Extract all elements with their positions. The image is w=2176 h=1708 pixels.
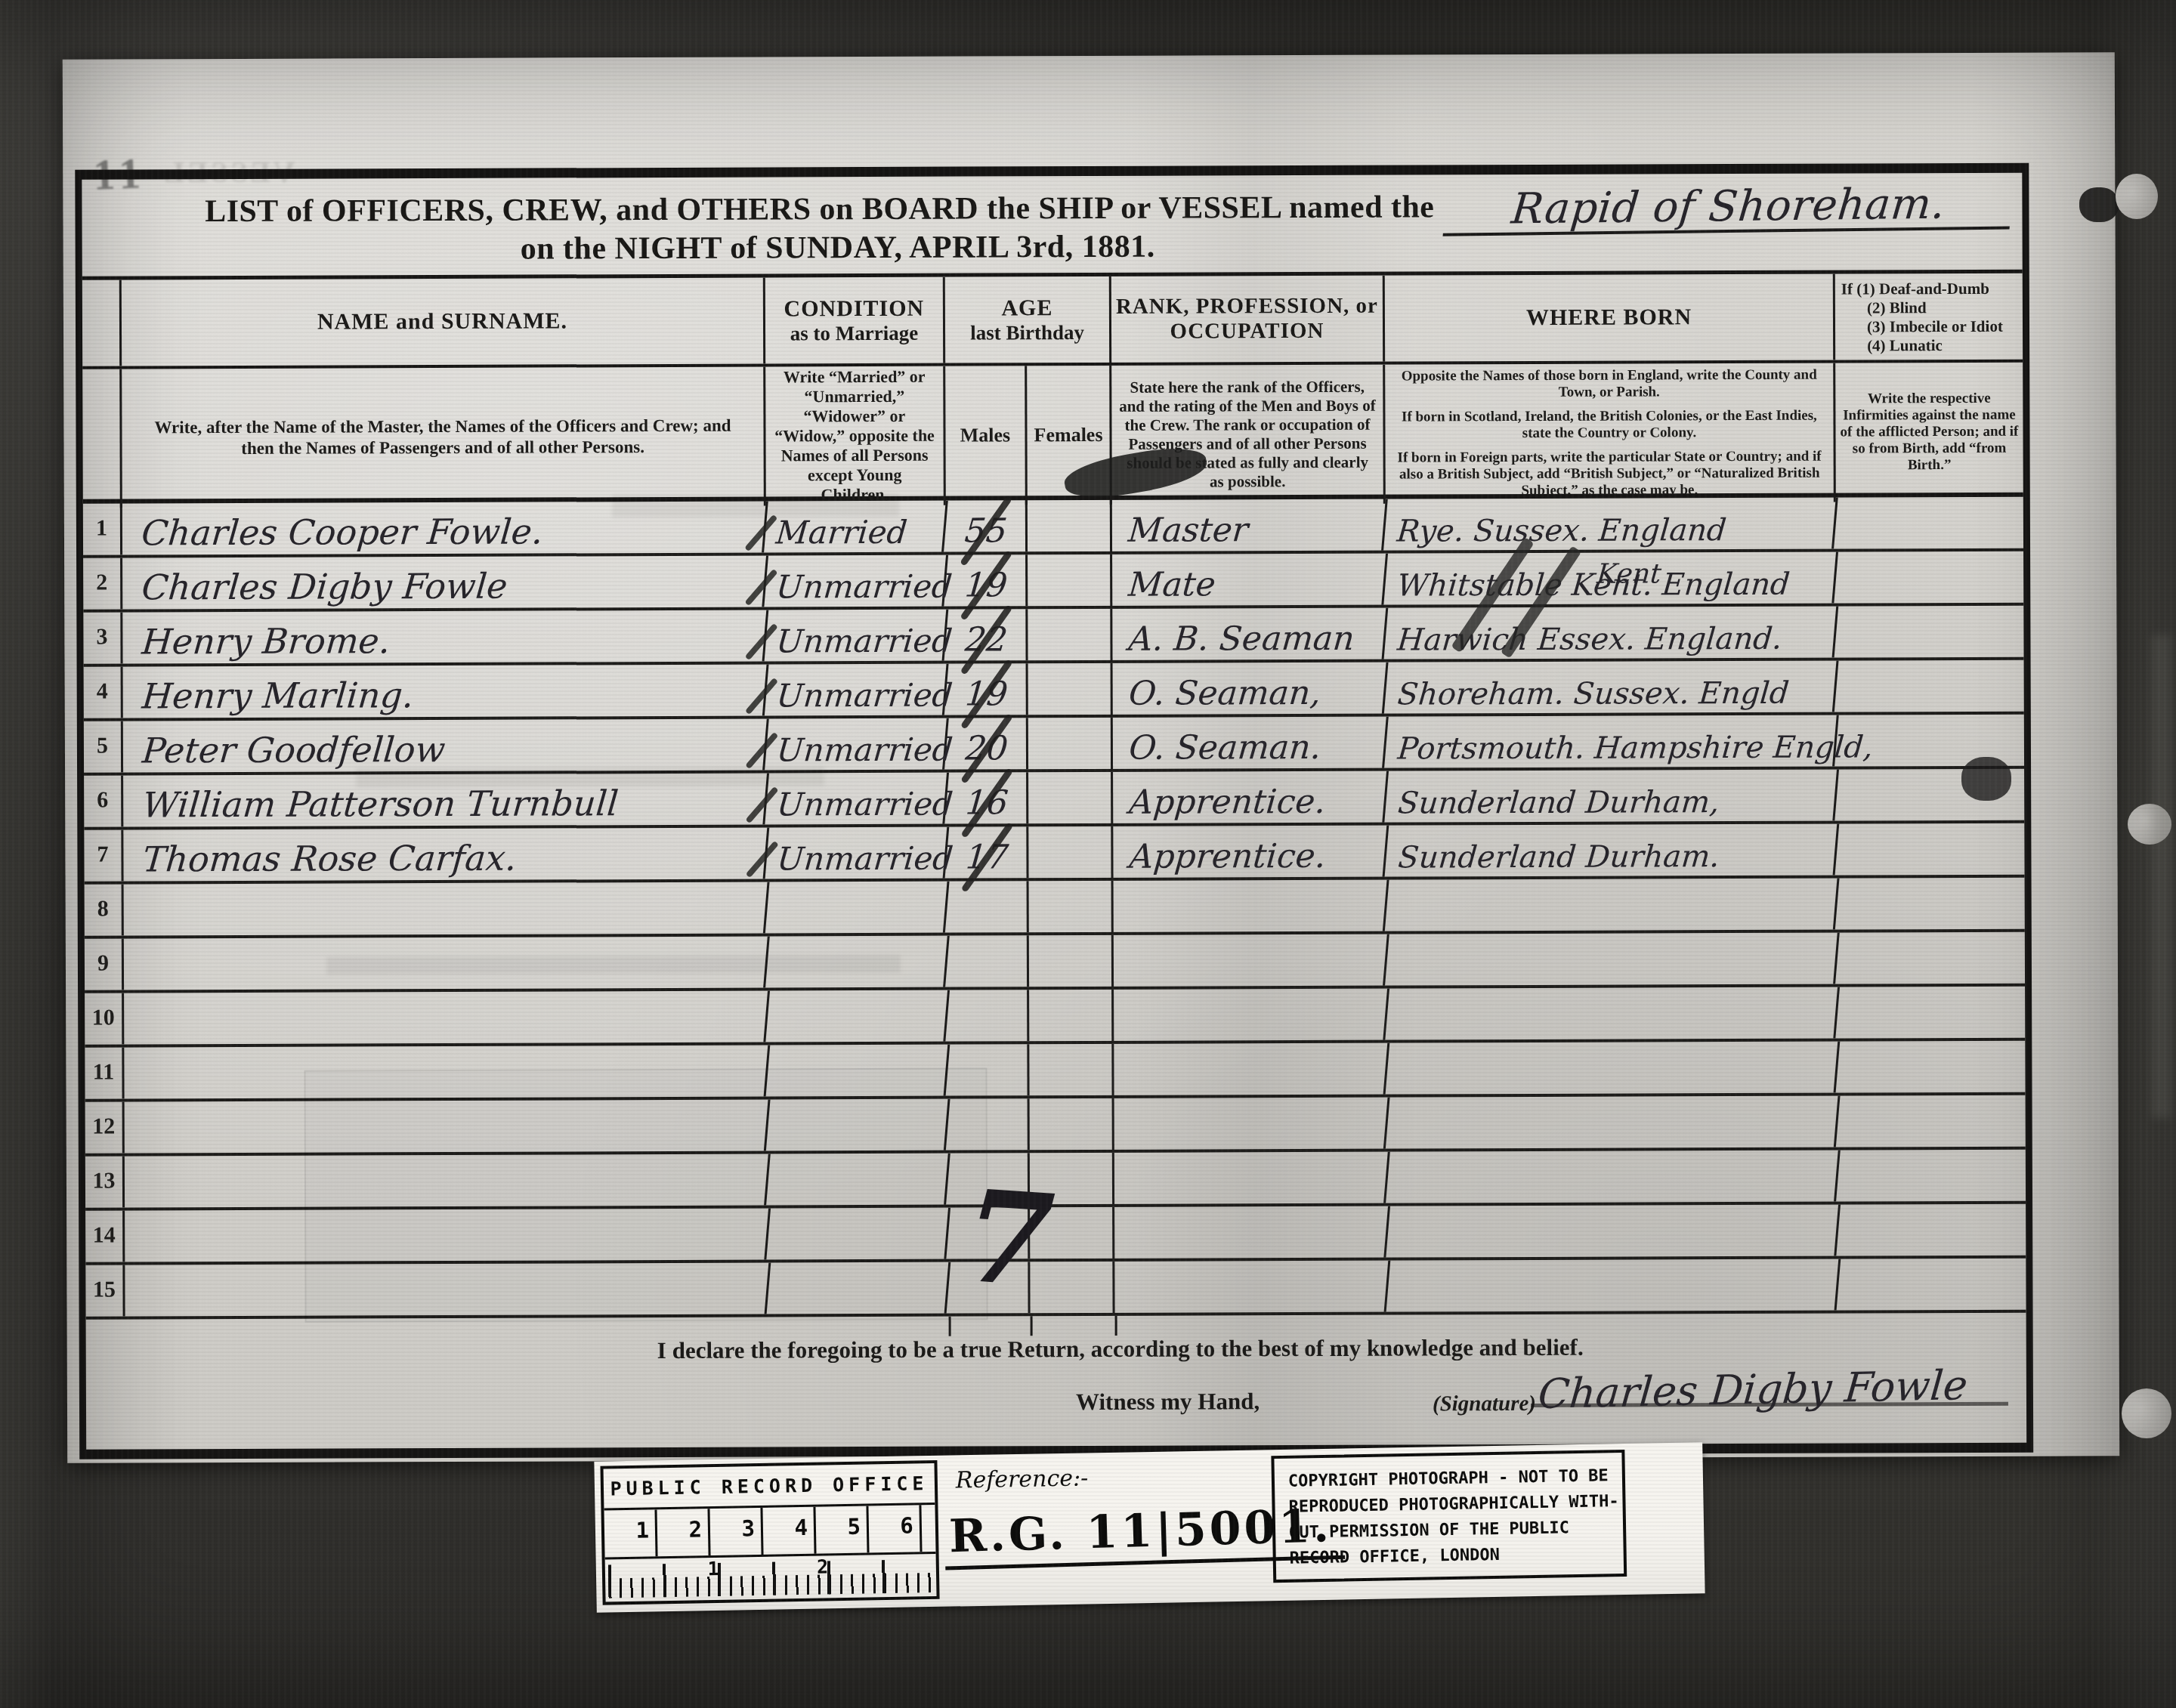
cell-infirmities: [1838, 1204, 2026, 1256]
table-row: 7 Thomas Rose Carfax. Unmarried 17 Appre…: [84, 823, 2024, 885]
col-rank-header: RANK, PROFESSION, or OCCUPATION: [1111, 276, 1385, 363]
cell-age-males: 55: [946, 500, 1028, 551]
declaration-band: I declare the foregoing to be a true Ret…: [86, 1313, 2027, 1450]
table-row: 1 Charles Cooper Fowle. Married 55 Maste…: [83, 497, 2023, 558]
cell-age-males: 22: [946, 609, 1028, 660]
cell-name: Henry Brome.: [121, 610, 769, 663]
table-row: 2 Charles Digby Fowle Unmarried 19 Mate …: [83, 551, 2023, 613]
cell-condition: Unmarried: [765, 664, 949, 716]
row-number: 7: [84, 829, 123, 881]
pro-ruler-box: PUBLIC RECORD OFFICE 1 2 3 4 5 6 1 2: [600, 1460, 939, 1605]
cell-infirmities: [1838, 878, 2025, 930]
cell-name: Thomas Rose Carfax.: [122, 827, 770, 881]
row-number: 4: [84, 666, 123, 718]
cell-age-males: 20: [947, 718, 1028, 769]
cell-age-females: [1029, 990, 1114, 1041]
cell-rank: [1111, 989, 1389, 1041]
cell-age-females: [1028, 826, 1113, 878]
row-number: 10: [85, 993, 124, 1044]
cell-born: Rye. Sussex. England: [1383, 498, 1838, 551]
cell-name: Peter Goodfellow: [121, 718, 769, 772]
cell-infirmities: [1838, 1095, 2026, 1147]
document-sheet: 11 VESSEL LIST of OFFICERS, CREW, and OT…: [63, 52, 2119, 1462]
cell-rank: [1111, 934, 1389, 987]
col-number-header: [82, 280, 122, 366]
cell-rank: [1112, 1206, 1390, 1259]
ink-smear: [2079, 187, 2119, 222]
infirmities-instructions: Write the respective Infirmities against…: [1835, 363, 2023, 502]
cell-born: [1386, 1096, 1841, 1149]
ruler-cm-row: 1 2 3 4 5 6: [604, 1505, 935, 1560]
reference-label: Reference:-: [956, 1465, 1089, 1493]
signature-line: Charles Digby Fowle: [1531, 1354, 2008, 1407]
witness-text: Witness my Hand,: [1076, 1388, 1260, 1416]
cell-age-females: [1029, 935, 1114, 987]
column-rule-stub: [1115, 1316, 1117, 1336]
cell-name: [122, 882, 770, 935]
cell-name: Charles Digby Fowle: [120, 555, 768, 609]
cell-infirmities: [1836, 551, 2023, 604]
cell-rank: Mate: [1110, 554, 1388, 606]
photograph: 11 VESSEL LIST of OFFICERS, CREW, and OT…: [0, 0, 2176, 1708]
signature-label: (Signature): [1433, 1391, 1536, 1416]
row-number: 2: [83, 557, 122, 609]
col-age-header: AGE last Birthday: [945, 276, 1111, 363]
col-infirmities-header: If (1) Deaf-and-Dumb (2) Blind (3) Imbec…: [1835, 273, 2023, 360]
row-number: 8: [85, 884, 124, 935]
cell-infirmities: [1836, 606, 2023, 658]
cell-rank: A. B. Seaman: [1111, 608, 1389, 660]
ship-name-handwritten: Rapid of Shoreham.: [1443, 181, 2014, 236]
row-number: 5: [84, 721, 123, 772]
cell-condition: Unmarried: [765, 610, 949, 662]
cell-condition: Unmarried: [765, 718, 949, 771]
pro-office-title: PUBLIC RECORD OFFICE: [604, 1463, 935, 1511]
cell-age-males: 19: [947, 663, 1028, 715]
col-name-header: NAME and SURNAME.: [122, 278, 765, 366]
cell-age-males: [947, 935, 1029, 987]
cell-rank: [1112, 1152, 1390, 1204]
cell-age-females: [1028, 609, 1112, 660]
table-row: 8: [85, 878, 2025, 939]
cell-age-males: [947, 881, 1029, 932]
cell-infirmities: [1838, 1150, 2026, 1202]
cell-rank: O. Seaman.: [1111, 717, 1389, 769]
row-number: 14: [85, 1210, 125, 1262]
copyright-notice: COPYRIGHT PHOTOGRAPH - NOT TO BE REPRODU…: [1271, 1450, 1627, 1583]
row-number: 11: [85, 1047, 124, 1098]
cell-rank: [1112, 1043, 1390, 1095]
cell-born: [1386, 1042, 1841, 1095]
cell-infirmities: [1838, 1259, 2026, 1311]
row-number: 15: [85, 1265, 125, 1316]
cell-condition: Unmarried: [764, 555, 948, 607]
bleed-through-mark: [326, 955, 901, 975]
cell-born: Harwich Essex. England. Kent: [1384, 607, 1839, 659]
cell-born: Portsmouth. Hampshire Engld,: [1384, 715, 1839, 768]
ruler-inch-row: 1 2: [605, 1554, 937, 1602]
cell-infirmities: [1838, 1041, 2025, 1093]
table-row: 10: [85, 987, 2025, 1048]
cell-age-females: [1028, 772, 1113, 823]
table-row: 4 Henry Marling. Unmarried 19 O. Seaman,…: [84, 660, 2024, 721]
cell-condition: [765, 882, 950, 934]
cell-age-males: [947, 990, 1029, 1041]
col-condition-header: CONDITION as to Marriage: [765, 277, 945, 364]
cell-born: Sunderland Durham.: [1385, 824, 1840, 877]
cell-rank: [1113, 1261, 1391, 1313]
col-born-header: WHERE BORN: [1385, 274, 1835, 362]
cell-born: [1386, 1205, 1841, 1258]
name-instructions: Write, after the Name of the Master, the…: [122, 367, 766, 508]
cell-age-females: [1028, 718, 1113, 769]
cell-rank: Apprentice.: [1111, 771, 1389, 823]
cell-condition: Unmarried: [765, 827, 950, 879]
cell-name: [122, 990, 770, 1044]
row-number: 6: [84, 775, 123, 826]
form-subtitle: on the NIGHT of SUNDAY, APRIL 3rd, 1881.: [218, 227, 1457, 268]
cell-age-females: [1029, 881, 1114, 932]
cell-age-females: [1028, 500, 1112, 551]
interlined-correction: Kent: [1596, 558, 1662, 589]
column-rule-stub: [1031, 1316, 1033, 1336]
cell-rank: Apprentice.: [1111, 826, 1389, 878]
table-row: 5 Peter Goodfellow Unmarried 20 O. Seama…: [84, 715, 2024, 776]
cell-born: [1385, 879, 1840, 931]
crew-list-form: LIST of OFFICERS, CREW, and OTHERS on BO…: [75, 163, 2033, 1459]
cell-infirmities: [1837, 823, 2024, 876]
cell-age-females: [1030, 1098, 1114, 1150]
cell-infirmities: [1837, 660, 2024, 712]
cell-age-females: [1029, 1044, 1114, 1095]
cell-born: [1386, 1259, 1841, 1312]
cell-infirmities: [1836, 497, 2023, 549]
cell-age-females: [1028, 663, 1113, 715]
cell-rank: [1111, 880, 1389, 932]
column-instructions: Write, after the Name of the Master, the…: [82, 363, 2023, 504]
males-label: Males: [945, 366, 1028, 505]
bleed-through-mark: [356, 766, 824, 787]
cell-born: Shoreham. Sussex. Engld: [1384, 661, 1839, 714]
row-number: 1: [83, 503, 122, 554]
row-number: 13: [85, 1156, 125, 1207]
bleed-through-mark: [304, 1067, 988, 1322]
cell-infirmities: [1838, 987, 2025, 1039]
cell-age-females: [1028, 554, 1112, 606]
column-headers: NAME and SURNAME. CONDITION as to Marria…: [82, 273, 2023, 369]
row-number: 3: [83, 612, 122, 663]
cell-born: [1386, 1151, 1841, 1203]
title-text: LIST of OFFICERS, CREW, and OTHERS on BO…: [205, 190, 1435, 229]
cell-age-males: 19: [946, 554, 1028, 606]
cell-condition: [765, 990, 950, 1042]
paper-hole: [2122, 1388, 2171, 1438]
table-row: 3 Henry Brome. Unmarried 22 A. B. Seaman…: [83, 606, 2023, 667]
cell-born: Sunderland Durham,: [1384, 770, 1839, 823]
ink-smear: [1961, 757, 2011, 801]
form-title-band: LIST of OFFICERS, CREW, and OTHERS on BO…: [82, 173, 2022, 280]
pro-stamp-strip: PUBLIC RECORD OFFICE 1 2 3 4 5 6 1 2 Ref…: [594, 1442, 1705, 1613]
paper-hole: [2116, 174, 2158, 219]
born-instructions: Opposite the Names of those born in Engl…: [1385, 363, 1836, 504]
cell-name: Henry Marling.: [121, 664, 769, 718]
cell-infirmities: [1838, 932, 2025, 984]
photo-edge-highlight: [2152, 635, 2171, 1118]
cell-born: [1385, 987, 1840, 1040]
cell-age-males: 17: [947, 826, 1028, 878]
signature-handwritten: Charles Digby Fowle: [1536, 1361, 1969, 1418]
cell-rank: O. Seaman,: [1111, 663, 1389, 715]
cell-age-males: 16: [947, 772, 1028, 823]
cell-rank: Master: [1110, 499, 1388, 551]
cell-born: [1385, 933, 1840, 986]
condition-instructions: Write “Married” or “Unmarried,” “Widower…: [765, 366, 946, 506]
row-number: 12: [85, 1101, 125, 1153]
row-number: 9: [85, 938, 124, 990]
cell-rank: [1112, 1098, 1390, 1150]
bleed-through-mark: [612, 494, 899, 517]
